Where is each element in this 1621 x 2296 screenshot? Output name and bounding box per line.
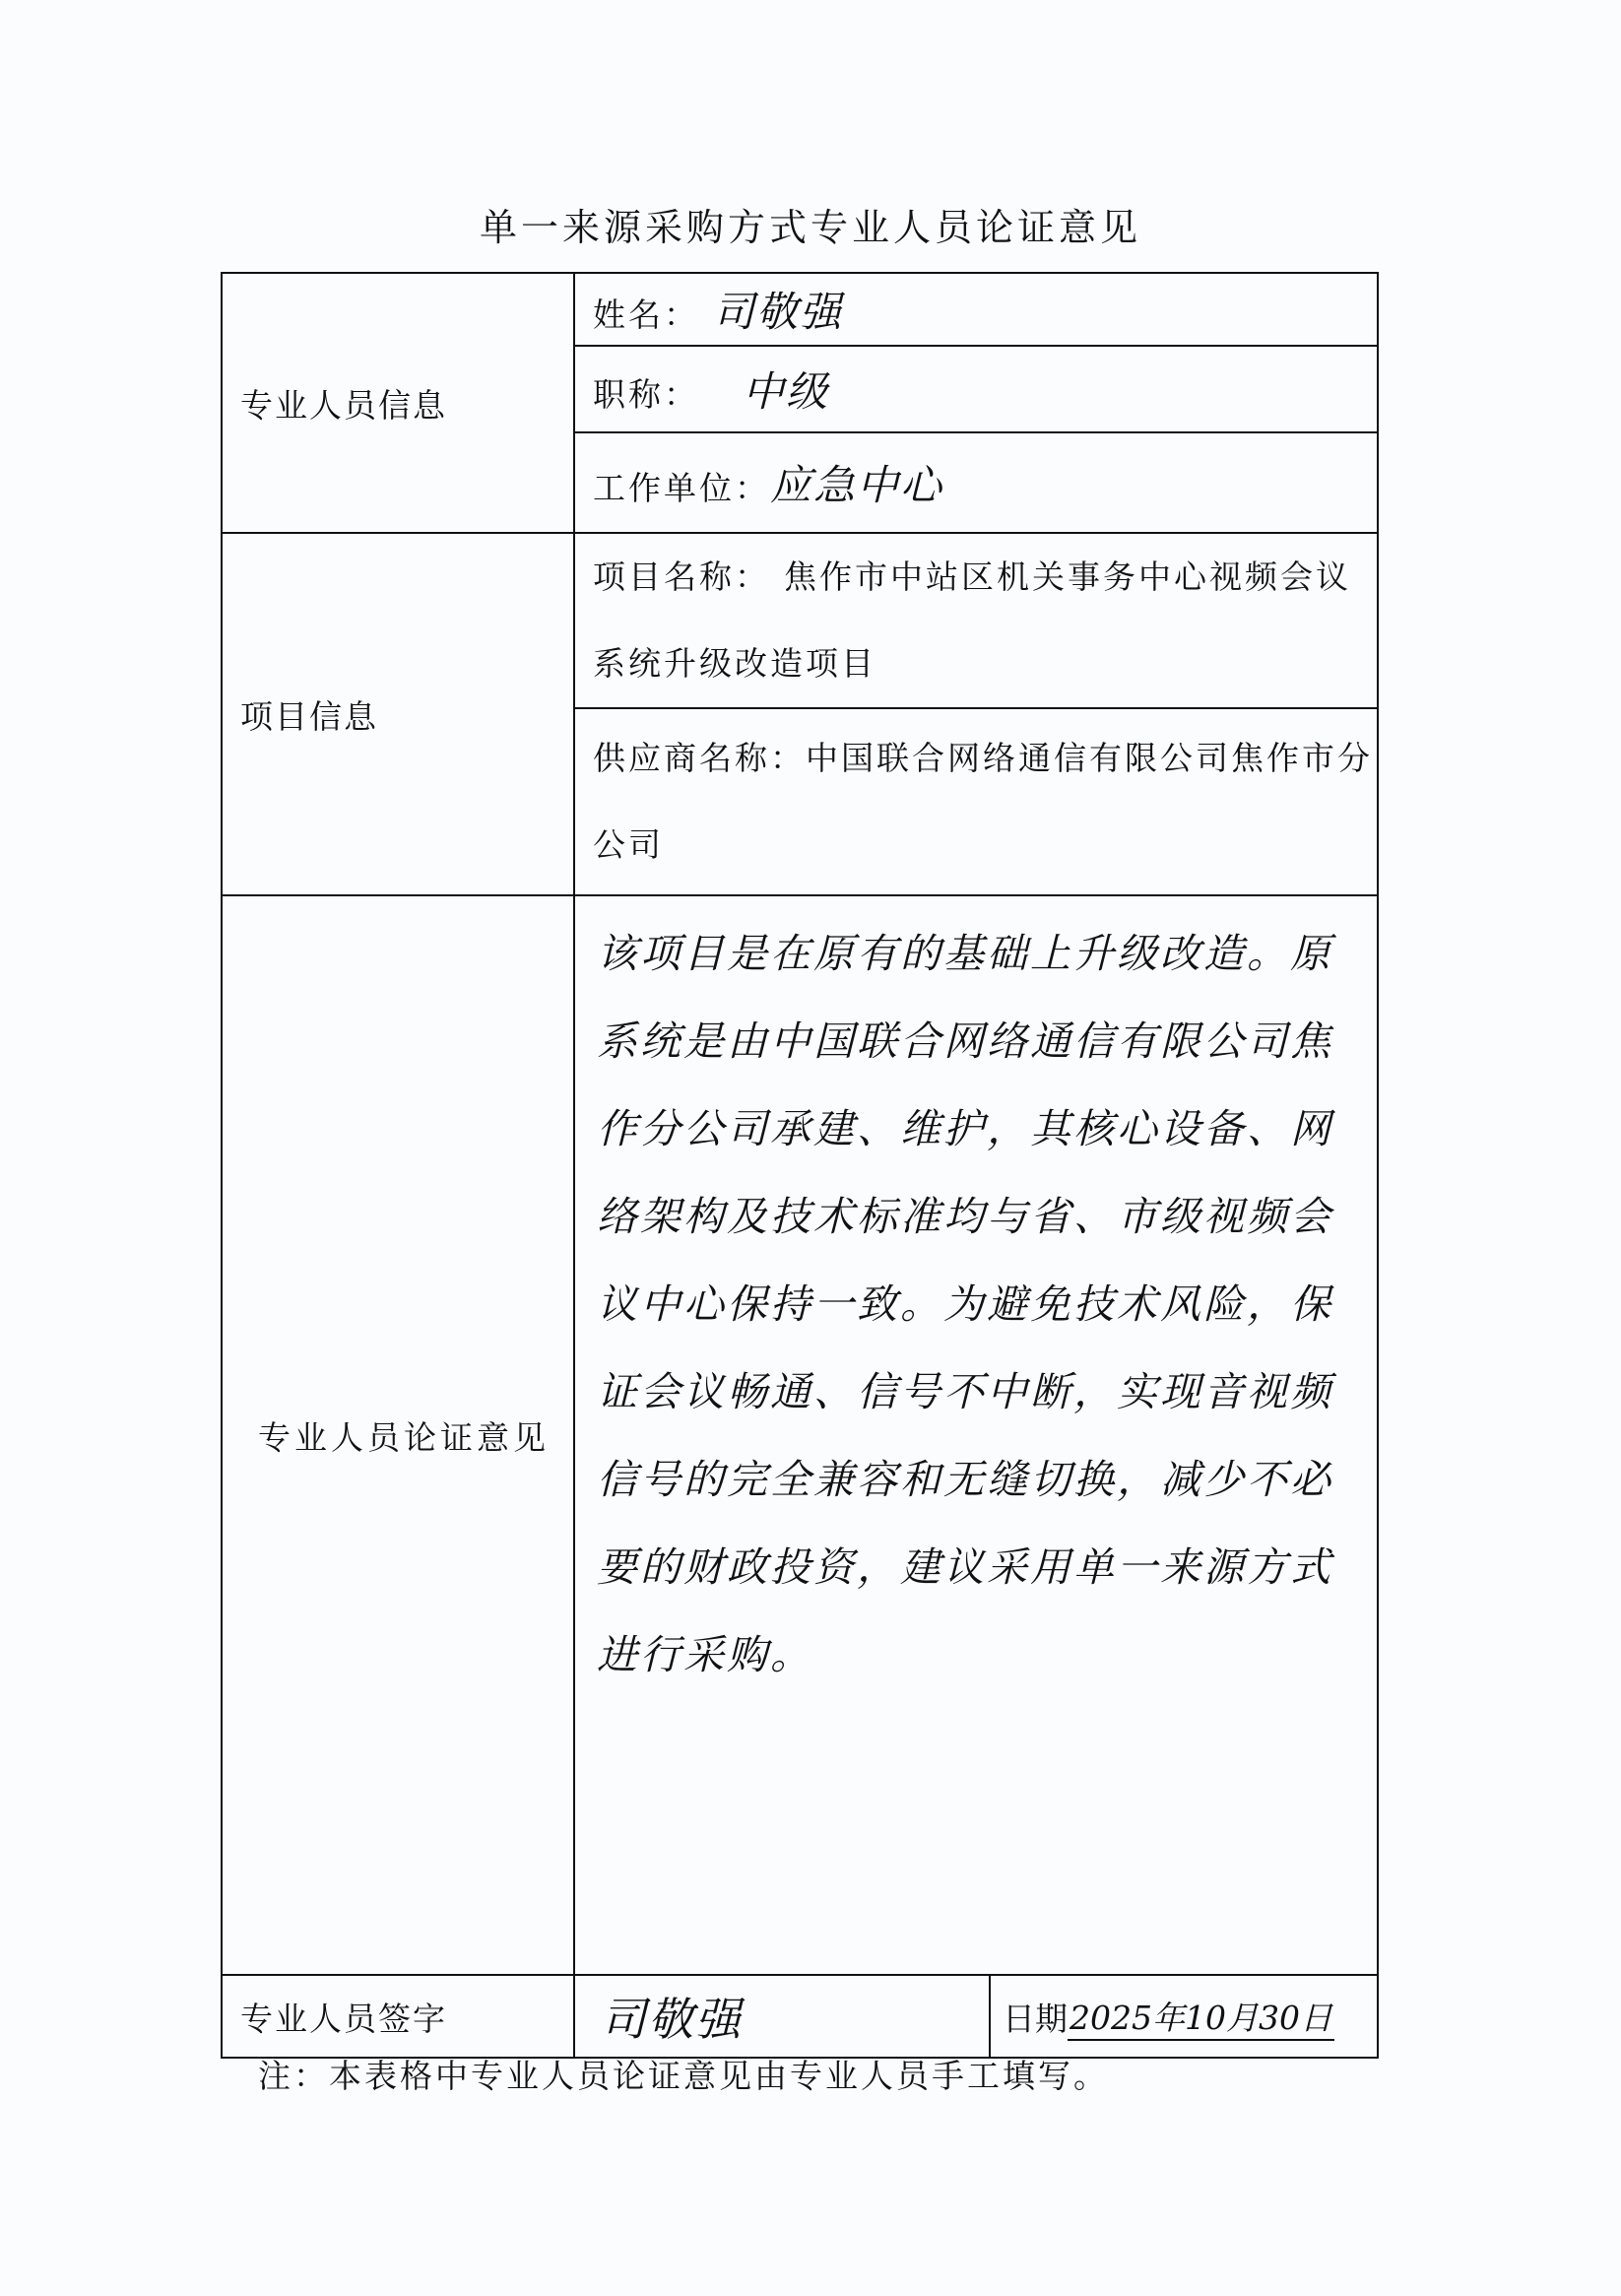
- supplier-label: 供应商名称：: [593, 739, 806, 777]
- expert-name-label: 姓名：: [593, 295, 699, 334]
- opinion-row: 专业人员论证意见 该项目是在原有的基础上升级改造。原系统是由中国联合网络通信有限…: [222, 895, 1378, 1975]
- signature-row: 专业人员签字 司敬强 日期2025年10月30日: [222, 1975, 1378, 2058]
- footnote: 注：本表格中专业人员论证意见由专业人员手工填写。: [258, 2051, 1109, 2097]
- date-label: 日期: [1003, 1994, 1068, 2040]
- opinion-section-label: 专业人员论证意见: [222, 895, 574, 1975]
- expert-info-section-label: 专业人员信息: [222, 273, 574, 533]
- expert-name-field[interactable]: 姓名：司敬强: [574, 273, 1378, 346]
- expert-title-label: 职称：: [593, 375, 699, 414]
- date-field[interactable]: 日期2025年10月30日: [991, 1976, 1377, 2057]
- signature-value: 司敬强: [601, 1984, 743, 2049]
- date-value: 2025年10月30日: [1068, 1993, 1334, 2041]
- argumentation-form-table: 专业人员信息 姓名：司敬强 职称：中级 工作单位：应急中心 项目信息 项目名称：…: [221, 272, 1379, 2059]
- document-title: 单一来源采购方式专业人员论证意见: [0, 197, 1621, 251]
- supplier-field: 供应商名称：中国联合网络通信有限公司焦作市分公司: [574, 708, 1378, 895]
- expert-unit-value: 应急中心: [770, 461, 943, 509]
- signature-label: 专业人员签字: [222, 1975, 574, 2058]
- signature-field[interactable]: 司敬强: [575, 1976, 991, 2057]
- expert-unit-field[interactable]: 工作单位：应急中心: [574, 432, 1378, 533]
- project-info-section-label: 项目信息: [222, 533, 574, 895]
- opinion-text-field[interactable]: 该项目是在原有的基础上升级改造。原系统是由中国联合网络通信有限公司焦作分公司承建…: [574, 895, 1378, 1975]
- expert-name-row: 专业人员信息 姓名：司敬强: [222, 273, 1378, 346]
- expert-unit-label: 工作单位：: [593, 469, 770, 507]
- expert-name-value: 司敬强: [713, 288, 843, 336]
- project-name-field: 项目名称：焦作市中站区机关事务中心视频会议系统升级改造项目: [574, 533, 1378, 708]
- expert-title-value: 中级: [743, 367, 829, 416]
- project-name-label: 项目名称：: [593, 558, 770, 596]
- signature-cell: 司敬强 日期2025年10月30日: [574, 1975, 1378, 2058]
- expert-title-field[interactable]: 职称：中级: [574, 346, 1378, 432]
- project-name-row: 项目信息 项目名称：焦作市中站区机关事务中心视频会议系统升级改造项目: [222, 533, 1378, 708]
